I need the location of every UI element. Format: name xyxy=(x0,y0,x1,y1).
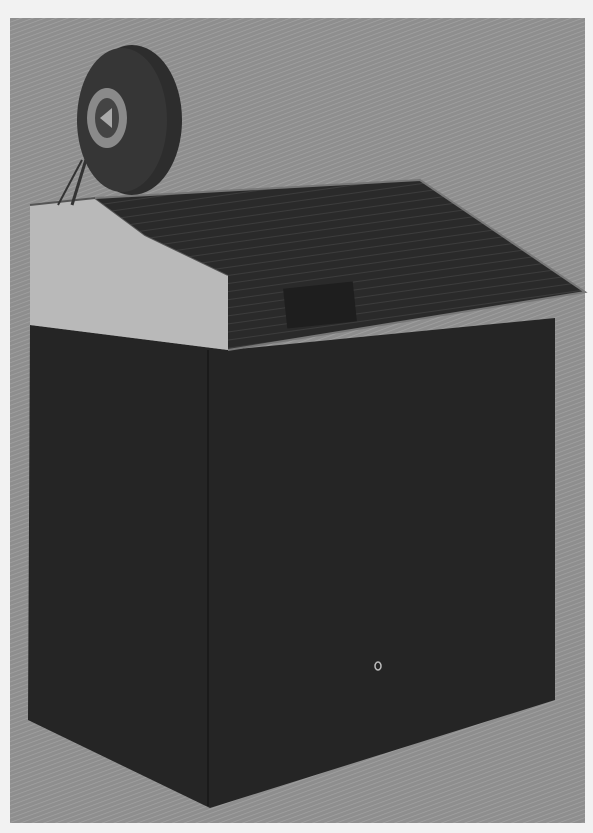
machine-photo xyxy=(0,0,593,833)
photograph xyxy=(0,0,593,833)
